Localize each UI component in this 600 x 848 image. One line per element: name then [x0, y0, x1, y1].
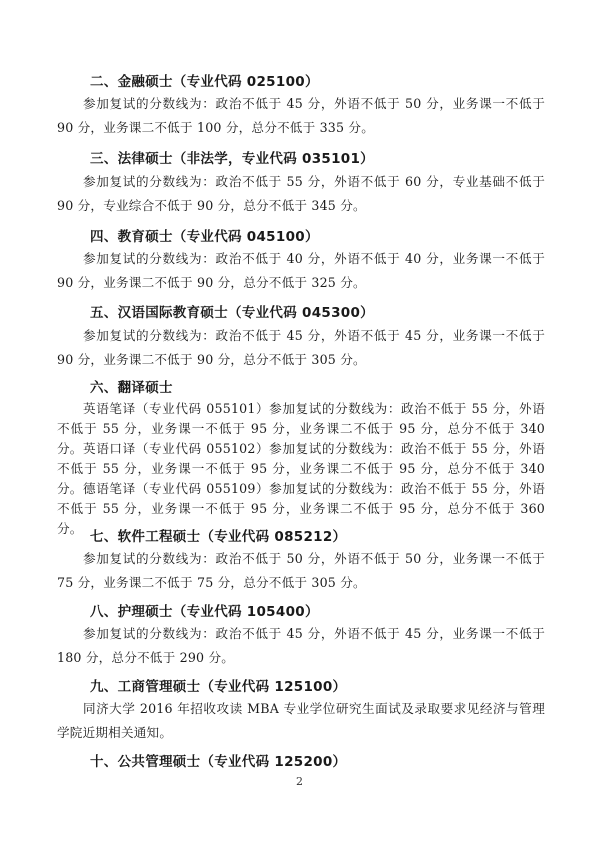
section-paragraph: 参加复试的分数线为：政治不低于 55 分，外语不低于 60 分，专业基础不低于 … — [57, 170, 545, 218]
section-paragraph: 同济大学 2016 年招收攻读 MBA 专业学位研究生面试及录取要求见经济与管理… — [57, 697, 545, 745]
section-paragraph: 参加复试的分数线为：政治不低于 50 分，外语不低于 50 分，业务课一不低于 … — [57, 547, 545, 595]
section-heading-translation: 六、翻译硕士 — [90, 376, 173, 396]
section-heading-nursing: 八、护理硕士（专业代码 105400） — [90, 600, 319, 620]
section-heading-education: 四、教育硕士（专业代码 045100） — [90, 225, 319, 245]
section-heading-finance: 二、金融硕士（专业代码 025100） — [90, 70, 319, 90]
section-heading-software-engineering: 七、软件工程硕士（专业代码 085212） — [90, 525, 346, 545]
page-number: 2 — [296, 775, 303, 788]
section-paragraph: 参加复试的分数线为：政治不低于 45 分，外语不低于 45 分，业务课一不低于 … — [57, 622, 545, 670]
section-paragraph: 参加复试的分数线为：政治不低于 45 分，外语不低于 50 分，业务课一不低于 … — [57, 92, 545, 140]
section-heading-chinese-intl-education: 五、汉语国际教育硕士（专业代码 045300） — [90, 301, 374, 321]
section-paragraph: 参加复试的分数线为：政治不低于 40 分，外语不低于 40 分，业务课一不低于 … — [57, 247, 545, 295]
section-heading-mpa: 十、公共管理硕士（专业代码 125200） — [90, 750, 346, 770]
section-heading-mba: 九、工商管理硕士（专业代码 125100） — [90, 675, 346, 695]
section-paragraph: 参加复试的分数线为：政治不低于 45 分，外语不低于 45 分，业务课一不低于 … — [57, 324, 545, 372]
section-heading-law: 三、法律硕士（非法学，专业代码 035101） — [90, 147, 374, 167]
document-page: 二、金融硕士（专业代码 025100） 参加复试的分数线为：政治不低于 45 分… — [0, 0, 600, 848]
